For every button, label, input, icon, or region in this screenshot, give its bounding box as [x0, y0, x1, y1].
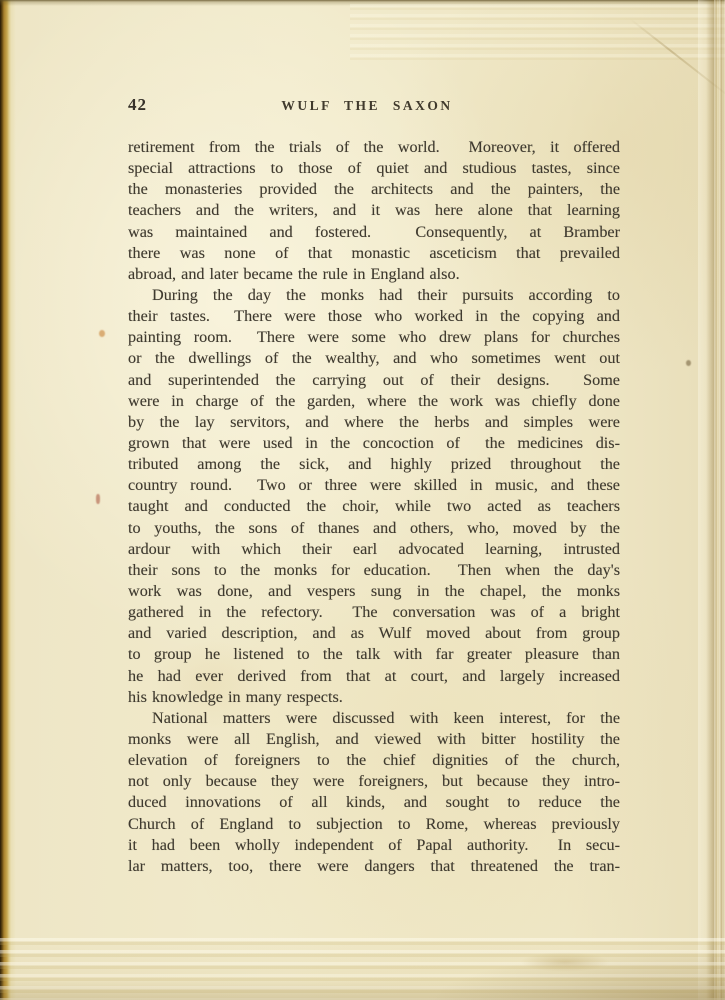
- text-line: taught and conducted the choir, while tw…: [128, 496, 620, 517]
- text-line: abroad, and later became the rule in Eng…: [128, 264, 620, 285]
- text-line: to group he listened to the talk with fa…: [128, 644, 620, 665]
- text-line: gathered in the refectory. The conversat…: [128, 602, 620, 623]
- text-line: elevation of foreigners to the chief dig…: [128, 750, 620, 771]
- text-line: the monasteries provided the architects …: [128, 179, 620, 200]
- text-line: country round. Two or three were skilled…: [128, 475, 620, 496]
- text-line: by the lay servitors, and where the herb…: [128, 412, 620, 433]
- page-stack-streaks-top: [350, 4, 725, 64]
- text-line: National matters were discussed with kee…: [128, 708, 620, 729]
- text-line: lar matters, too, there were dangers tha…: [128, 856, 620, 877]
- text-line: duced innovations of all kinds, and soug…: [128, 792, 620, 813]
- text-line: grown that were used in the concoction o…: [128, 433, 620, 454]
- text-line: was maintained and fostered. Consequentl…: [128, 222, 620, 243]
- body-text: retirement from the trials of the world.…: [128, 137, 620, 877]
- scanned-book-page: 42 WULF THE SAXON retirement from the tr…: [0, 0, 725, 1000]
- text-line: ardour with which their earl advocated l…: [128, 539, 620, 560]
- text-line: During the day the monks had their pursu…: [128, 285, 620, 306]
- age-spot: [96, 494, 100, 504]
- text-line: teachers and the writers, and it was her…: [128, 200, 620, 221]
- page-header: 42 WULF THE SAXON: [128, 95, 620, 117]
- text-line: work was done, and vespers sung in the c…: [128, 581, 620, 602]
- text-line: Church of England to subjection to Rome,…: [128, 814, 620, 835]
- text-line: tributed among the sick, and highly priz…: [128, 454, 620, 475]
- text-line: or the dwellings of the wealthy, and who…: [128, 348, 620, 369]
- text-line: painting room. There were some who drew …: [128, 327, 620, 348]
- text-line: were in charge of the garden, where the …: [128, 391, 620, 412]
- text-line: his knowledge in many respects.: [128, 687, 620, 708]
- text-line: not only because they were foreigners, b…: [128, 771, 620, 792]
- age-spot: [686, 360, 691, 366]
- text-line: he had ever derived from that at court, …: [128, 666, 620, 687]
- text-line: there was none of that monastic ascetici…: [128, 243, 620, 264]
- age-smudge: [520, 952, 610, 972]
- text-line: and superintended the carrying out of th…: [128, 370, 620, 391]
- binding-gutter-edge: [0, 0, 16, 1000]
- paragraph: National matters were discussed with kee…: [128, 708, 620, 877]
- fore-edge-page-lines: [714, 0, 725, 1000]
- age-spot: [99, 330, 105, 337]
- text-line: their tastes. There were those who worke…: [128, 306, 620, 327]
- text-line: retirement from the trials of the world.…: [128, 137, 620, 158]
- paragraph: retirement from the trials of the world.…: [128, 137, 620, 285]
- text-line: and varied description, and as Wulf move…: [128, 623, 620, 644]
- text-line: monks were all English, and viewed with …: [128, 729, 620, 750]
- text-line: to youths, the sons of thanes and others…: [128, 518, 620, 539]
- text-line: it had been wholly independent of Papal …: [128, 835, 620, 856]
- text-line: special attractions to those of quiet an…: [128, 158, 620, 179]
- text-line: their sons to the monks for education. T…: [128, 560, 620, 581]
- paragraph: During the day the monks had their pursu…: [128, 285, 620, 708]
- running-head: WULF THE SAXON: [128, 98, 606, 114]
